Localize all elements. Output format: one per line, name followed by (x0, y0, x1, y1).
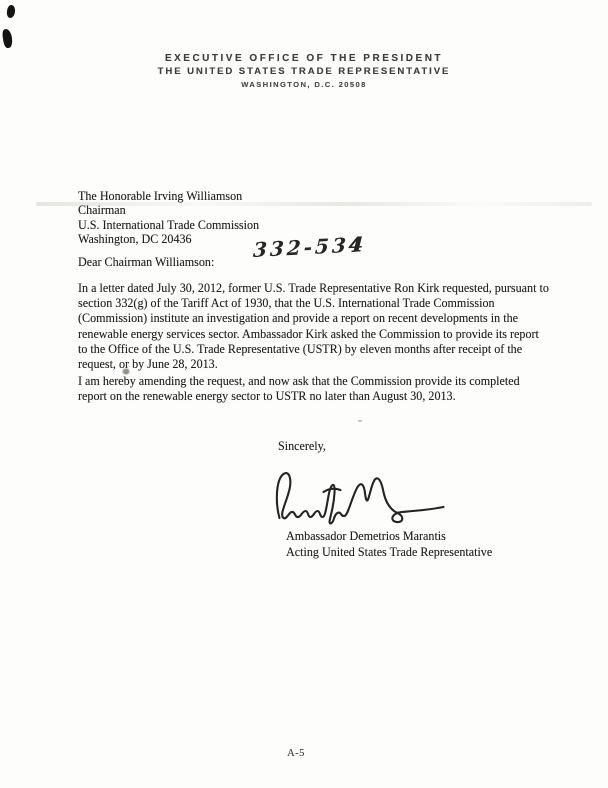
paragraph-line: to the Office of the U.S. Trade Represen… (78, 342, 549, 357)
closing-salutation: Sincerely, (278, 439, 326, 454)
recipient-address-block: The Honorable Irving Williamson Chairman… (78, 189, 259, 246)
paragraph-line: I am hereby amending the request, and no… (78, 374, 520, 389)
letterhead-agency-line: THE UNITED STATES TRADE REPRESENTATIVE (0, 66, 608, 77)
paragraph-line: renewable energy services sector. Ambass… (78, 327, 549, 342)
salutation: Dear Chairman Williamson: (78, 255, 214, 270)
investigation-number-main: 332-53 (252, 233, 349, 262)
page-number: A-5 (0, 748, 592, 759)
paragraph-line: section 332(g) of the Tariff Act of 1930… (78, 296, 549, 311)
scan-dash-artifact (358, 420, 362, 422)
paragraph-line: (Commission) institute an investigation … (78, 311, 549, 326)
body-paragraph-1: In a letter dated July 30, 2012, former … (78, 281, 549, 372)
recipient-title-line: Chairman (78, 203, 259, 217)
signer-name: Ambassador Demetrios Marantis (286, 529, 492, 545)
paragraph-line: In a letter dated July 30, 2012, former … (78, 281, 549, 296)
recipient-city-line: Washington, DC 20436 (78, 232, 259, 246)
letterhead-office-line: EXECUTIVE OFFICE OF THE PRESIDENT (0, 53, 608, 64)
letterhead-city-line: WASHINGTON, D.C. 20508 (0, 80, 608, 89)
scan-artifact-mark-top (6, 4, 16, 18)
investigation-number-last-digit: 4 (348, 232, 366, 257)
paragraph-line: request, or by June 28, 2013. (78, 357, 549, 372)
paragraph-line: report on the renewable energy sector to… (78, 389, 520, 404)
signer-title: Acting United States Trade Representativ… (286, 545, 492, 561)
body-paragraph-2: I am hereby amending the request, and no… (78, 374, 520, 404)
signature-block: Ambassador Demetrios Marantis Acting Uni… (286, 529, 492, 560)
scanned-letter-page: EXECUTIVE OFFICE OF THE PRESIDENT THE UN… (0, 0, 608, 788)
investigation-number-handwritten: 332-534 (252, 232, 366, 262)
recipient-agency-line: U.S. International Trade Commission (78, 218, 259, 232)
recipient-name-line: The Honorable Irving Williamson (78, 189, 259, 203)
scan-artifact-mark-bottom (2, 28, 14, 48)
signature-scrawl (273, 468, 454, 526)
